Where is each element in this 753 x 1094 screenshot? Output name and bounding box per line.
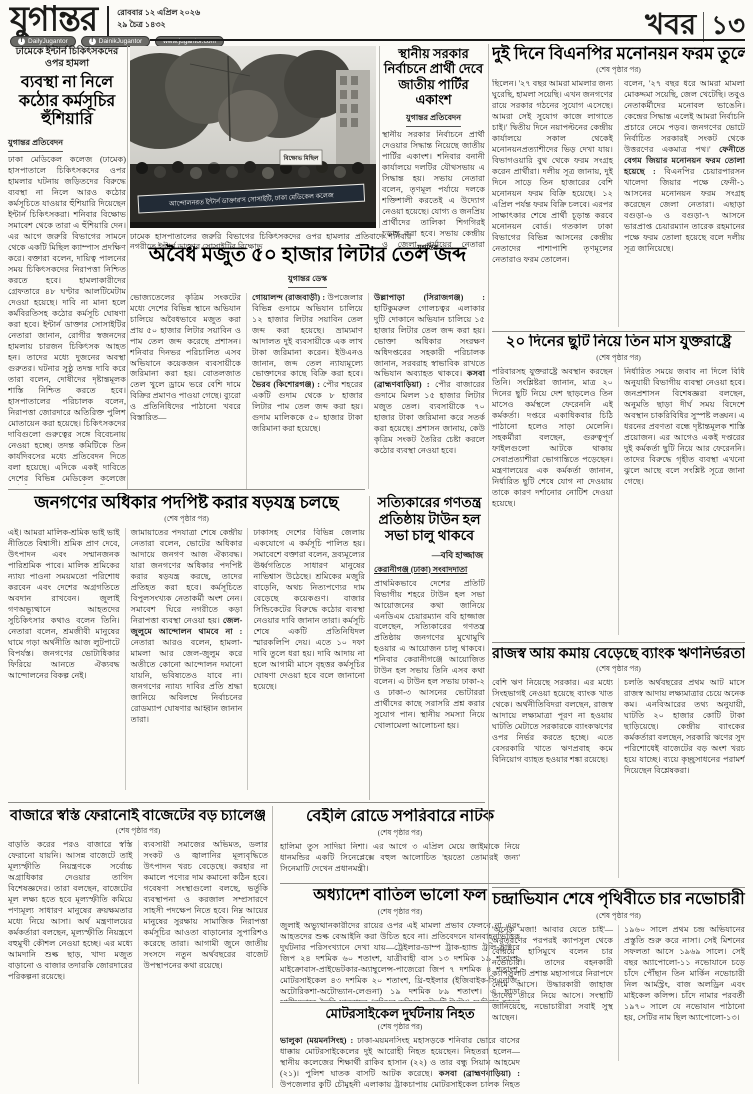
- column-text: হাটিকুমরুল গোলচত্বর এলাকার দুটি দোকানে অ…: [374, 304, 485, 379]
- continued-from-last-page: (শেষ পৃষ্ঠার পর): [492, 65, 745, 77]
- article-column: ১৯৬০ সালে প্রথম চন্দ্র অভিযানের প্রস্তুত…: [618, 925, 745, 1061]
- column-rule: [272, 806, 273, 1088]
- column-text: বলেন, '২৭ বছর ধরে আমরা মামলা মোকদ্দমা সয…: [624, 79, 745, 154]
- article-column: জামায়াতের পদযাত্রা শেষে কেন্দ্রীয় নেতা…: [125, 528, 248, 790]
- article-town-hall: সত্যিকারের গণতন্ত্র প্রতিষ্ঠায় টাউন হল …: [374, 496, 485, 800]
- placard-text: বিক্ষোভ মিছিল: [283, 154, 319, 162]
- attribution: —ববি হাজ্জাজ: [374, 548, 483, 563]
- section-rule: [8, 802, 485, 803]
- section-rule: [492, 331, 745, 332]
- article-column: চলতি অর্থবছরের প্রথম আট মাসে রাজস্ব আদায…: [618, 678, 745, 878]
- dateline-lead: ভালুকা (ময়মনসিংহ) :: [280, 1036, 357, 1045]
- article-column: ঢাকাসহ দেশের বিভিন্ন জেলায় একযোগে এ কর্…: [247, 528, 365, 790]
- article-damek-intern-doctors: ঢামেকে ইন্টার্ন চিকিৎসকদের ওপর হামলা ব্য…: [8, 46, 126, 490]
- article-body: জুলাই অভ্যুত্থানকারীদের রায়ের ওপর এই মা…: [280, 921, 520, 1001]
- protest-photo-image: বিক্ষোভ মিছিল আন্দোলনরত ইন্টার্ন ডাক্তার…: [130, 46, 376, 228]
- column-text: নেতারা আরও বলেন, হামলা-মামলা আর জেল-জুলু…: [131, 638, 243, 724]
- section-rule: [492, 887, 745, 888]
- article-oil-seizure: অবৈধ মজুত ৫০ হাজার লিটার তেল জব্দ যুগান্…: [130, 244, 485, 489]
- continued-from-last-page: (শেষ পৃষ্ঠার পর): [280, 907, 520, 919]
- dateline: কেরানীগঞ্জ (ঢাকা) সংবাদদাতা: [374, 564, 485, 577]
- byline: যুগান্তর প্রতিবেদন: [8, 137, 63, 152]
- column-text: উপজেলার বিভিন্ন গুদামে অভিযান চালিয়ে ১২…: [252, 293, 363, 379]
- badge-label: DainikJugantor: [99, 38, 142, 45]
- dateline-lead: উল্লাপাড়া (সিরাজগঞ্জ) :: [374, 293, 485, 302]
- newspaper-page: যুগান্তর রোববার ১২ এপ্রিল ২০২৬ ২৯ চৈত্র …: [0, 0, 753, 1094]
- article-headline: দুই দিনে বিএনপির মনোনয়ন ফরম তুলেছেন: [492, 44, 745, 64]
- article-column: উল্লাপাড়া (সিরাজগঞ্জ) : হাটিকুমরুল গোলচ…: [368, 293, 485, 489]
- masthead-rule: [150, 39, 745, 41]
- article-headline: মোটরসাইকেল দুর্ঘটনায় নিহত: [280, 1006, 520, 1021]
- article-headline: ব্যবস্থা না নিলে কঠোর কর্মসূচির হুঁশিয়া…: [8, 74, 126, 131]
- article-body: স্থানীয় সরকার নির্বাচনে প্রার্থী দেওয়া…: [382, 130, 485, 248]
- masthead: যুগান্তর রোববার ১২ এপ্রিল ২০২৬ ২৯ চৈত্র …: [10, 4, 200, 37]
- article-kicker: ঢামেকে ইন্টার্ন চিকিৎসকদের ওপর হামলা: [8, 46, 126, 71]
- article-motorcycle-accident: মোটরসাইকেল দুর্ঘটনায় নিহত (শেষ পৃষ্ঠার …: [280, 1006, 520, 1088]
- continued-from-last-page: (শেষ পৃষ্ঠার পর): [280, 828, 520, 840]
- continued-from-last-page: (শেষ পৃষ্ঠার পর): [8, 514, 365, 526]
- facebook-icon: f: [18, 38, 25, 45]
- article-column: পরিবারসহ যুক্তরাষ্ট্রে অবস্থান করছেন তিন…: [492, 367, 618, 635]
- article-column: এই। আমরা মালিক-শ্রমিক ভাই ভাই নীতিতে বিশ…: [8, 528, 125, 790]
- column-rule: [369, 496, 370, 800]
- article-column: নির্ধারিত সময়ে জবাব না দিলে বিধি অনুযায…: [618, 367, 745, 635]
- date-block: রোববার ১২ এপ্রিল ২০২৬ ২৯ চৈত্র ১৪৩২: [117, 4, 200, 30]
- column-text: উপজেলার কুটি চৌমুহনী এলাকায় ট্রাকচাপায়…: [280, 1080, 520, 1088]
- article-moon-mission: চন্দ্রাভিযান শেষে পৃথিবীতে চার নভোচারী (…: [492, 891, 745, 1061]
- column-text: পৌর বাজারের গুদামে মিলল ১৫ হাজার লিটার ম…: [374, 380, 485, 455]
- article-column: গোয়ালন্দ (রাজবাড়ী) : উপজেলার বিভিন্ন গ…: [246, 293, 368, 489]
- divider: [107, 6, 109, 36]
- date-bengali: ২৯ চৈত্র ১৪৩২: [117, 19, 200, 31]
- section-rule: [8, 489, 365, 490]
- article-leave-usa: ২০ দিনের ছুটি নিয়ে তিন মাস যুক্তরাষ্ট্র…: [492, 334, 745, 635]
- byline: যুগান্তর ডেস্ক: [288, 273, 327, 288]
- facebook-icon: f: [89, 38, 96, 45]
- section-rule: [280, 1002, 520, 1003]
- article-column: ভোজ্যতেলের কৃত্রিম সংকটের মধ্যে দেশের বি…: [130, 293, 246, 489]
- continued-from-last-page: (শেষ পৃষ্ঠার পর): [8, 826, 268, 838]
- article-body: ভালুকা (ময়মনসিংহ) : ঢাকা-ময়মনসিংহ মহাস…: [280, 1036, 520, 1088]
- column-text: বিএনপির চেয়ারপারসন খালেদা জিয়ার পক্ষে …: [624, 167, 745, 253]
- column-rule: [127, 46, 128, 490]
- continued-from-last-page: (শেষ পৃষ্ঠার পর): [280, 1022, 520, 1034]
- divider: [703, 12, 704, 42]
- article-headline: চন্দ্রাভিযান শেষে পৃথিবীতে চার নভোচারী: [492, 891, 745, 910]
- section-rule: [492, 642, 745, 643]
- article-revenue-bank-loans: রাজস্ব আয় কমায় বেড়েছে ব্যাংক ঋণনির্ভর…: [492, 646, 745, 878]
- article-ordinance-cancelled: অধ্যাদেশ বাতিল ভালো ফল (শেষ পৃষ্ঠার পর) …: [280, 887, 520, 1001]
- badge-label: DailyJugantor: [28, 38, 68, 45]
- article-headline: বাজারে স্বস্তি ফেরানোই বাজেটের বড় চ্যাল…: [8, 808, 268, 825]
- page-number: ১৩: [711, 5, 745, 49]
- article-column: বাড়তি করের পরও বাজারে স্বস্তি ফেরানো যা…: [8, 840, 138, 1084]
- dateline-lead: কসবা (ব্রাহ্মণবাড়িয়া) :: [439, 1069, 520, 1078]
- jugantor-logo: যুগান্তর: [10, 3, 97, 38]
- article-headline: জনগণের অধিকার পদপিষ্ট করার ষড়যন্ত্র চলছ…: [8, 493, 365, 513]
- article-body: প্রাথমিকভাবে দেশের প্রতিটি বিভাগীয় শহরে…: [374, 579, 485, 779]
- article-headline: অধ্যাদেশ বাতিল ভালো ফল: [280, 887, 520, 906]
- article-budget-challenge: বাজারে স্বস্তি ফেরানোই বাজেটের বড় চ্যাল…: [8, 808, 268, 1084]
- article-headline: বেইলি রোডে সপরিবারে নাটক: [280, 808, 520, 827]
- continued-from-last-page: (শেষ পৃষ্ঠার পর): [492, 353, 745, 365]
- dateline-lead: গোয়ালন্দ (রাজবাড়ী) :: [252, 293, 327, 302]
- article-column: ব্যবসায়ী সমাজের অভিমত, ডলার সংকট ও জ্বা…: [138, 840, 269, 1084]
- date-gregorian: রোববার ১২ এপ্রিল ২০২৬: [117, 7, 200, 19]
- article-bnp-nomination: দুই দিনে বিএনপির মনোনয়ন ফরম তুলেছেন (শে…: [492, 44, 745, 327]
- dateline-lead: ভৈরব (কিশোরগঞ্জ) :: [252, 380, 323, 389]
- section-rule: [280, 883, 520, 884]
- protest-photo: বিক্ষোভ মিছিল আন্দোলনরত ইন্টার্ন ডাক্তার…: [130, 46, 376, 228]
- article-column: বলেন, '২৭ বছর ধরে আমরা মামলা মোকদ্দমা সয…: [618, 79, 745, 327]
- article-jatiyo-party: স্থানীয় সরকার নির্বাচনে প্রার্থী দেবে জ…: [382, 46, 485, 228]
- continued-from-last-page: (শেষ পৃষ্ঠার পর): [492, 664, 745, 676]
- article-headline: স্থানীয় সরকার নির্বাচনে প্রার্থী দেবে জ…: [382, 46, 485, 107]
- article-headline: ২০ দিনের ছুটি নিয়ে তিন মাস যুক্তরাষ্ট্র…: [492, 334, 745, 352]
- article-peoples-rights: জনগণের অধিকার পদপিষ্ট করার ষড়যন্ত্র চলছ…: [8, 493, 365, 790]
- article-beili-road-drama: বেইলি রোডে সপরিবারে নাটক (শেষ পৃষ্ঠার পর…: [280, 808, 520, 880]
- continued-from-last-page: (শেষ পৃষ্ঠার পর): [492, 911, 745, 923]
- article-column: ছিলেন। '২৭ বছর আমরা মামলার জন্য ঘুরেছি, …: [492, 79, 618, 327]
- article-body: হালিমা তুস সাদিয়া নিশা। এর আগে ৩ এপ্রিল…: [280, 842, 520, 880]
- article-body: ঢাকা মেডিকেল কলেজ (ঢামেক) হাসপাতালে চিকি…: [8, 155, 126, 485]
- column-text: জামায়াতের পদযাত্রা শেষে কেন্দ্রীয় নেতা…: [131, 528, 243, 625]
- article-headline: অবৈধ মজুত ৫০ হাজার লিটার তেল জব্দ: [130, 244, 485, 268]
- article-headline: রাজস্ব আয় কমায় বেড়েছে ব্যাংক ঋণনির্ভর…: [492, 646, 745, 663]
- article-headline: সত্যিকারের গণতন্ত্র প্রতিষ্ঠায় টাউন হল …: [374, 496, 485, 546]
- byline: যুগান্তর প্রতিবেদন: [406, 112, 461, 127]
- column-rule: [379, 46, 380, 228]
- column-rule: [488, 44, 489, 1086]
